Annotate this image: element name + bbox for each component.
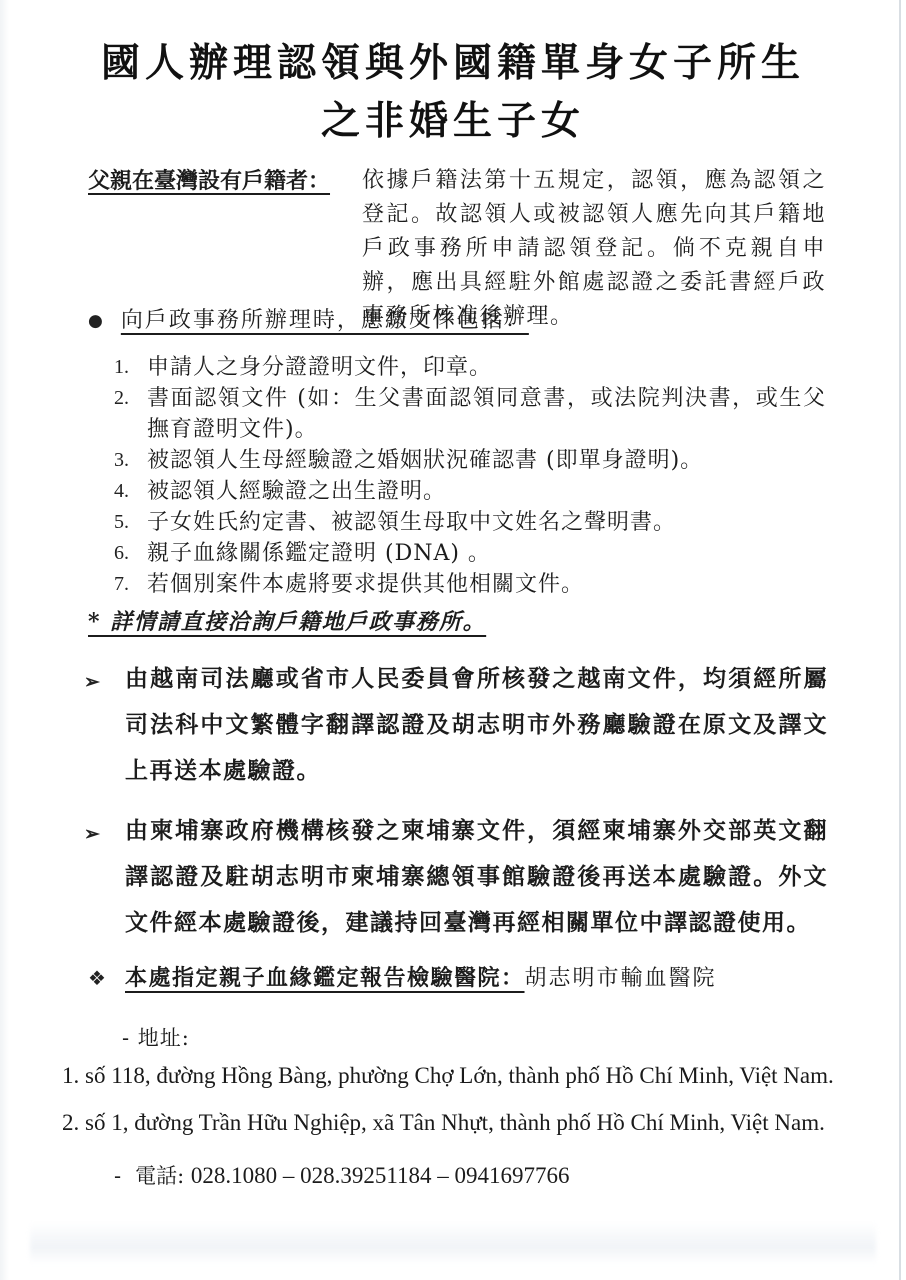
circle-bullet-icon: ● [88,306,103,336]
list-item: 3. 被認領人生母經驗證之婚姻狀況確認書 (即單身證明)。 [114,445,826,476]
list-item-text: 被認領人生母經驗證之婚姻狀況確認書 (即單身證明)。 [147,445,826,476]
list-item-number: 2. [114,383,147,445]
list-item-number: 3. [114,445,147,476]
cambodia-documents-paragraph: ➢ 由柬埔寨政府機構核發之柬埔寨文件，須經柬埔寨外交部英文翻譯認證及駐胡志明市柬… [84,808,828,946]
list-item: 2. 書面認領文件 (如：生父書面認領同意書，或法院判決書，或生父撫育證明文件)… [114,383,826,445]
list-item-text: 申請人之身分證證明文件，印章。 [147,352,826,383]
vietnam-documents-paragraph: ➢ 由越南司法廳或省市人民委員會所核發之越南文件，均須經所屬司法科中文繁體字翻譯… [84,656,828,794]
note-line: * 詳情請直接洽詢戶籍地戶政事務所。 [88,605,486,636]
list-item-text: 親子血緣關係鑑定證明 (DNA) 。 [147,538,826,569]
documents-heading: ● 向戶政事務所辦理時，應繳文件包括： [88,306,529,336]
page-title: 國人辦理認領與外國籍單身女子所生 之非婚生子女 [0,34,906,150]
list-item-number: 5. [114,507,147,538]
vietnam-documents-text: 由越南司法廳或省市人民委員會所核發之越南文件，均須經所屬司法科中文繁體字翻譯認證… [125,656,828,794]
cambodia-documents-text: 由柬埔寨政府機構核發之柬埔寨文件，須經柬埔寨外交部英文翻譯認證及駐胡志明市柬埔寨… [125,808,828,946]
documents-heading-text: 向戶政事務所辦理時，應繳文件包括： [121,306,529,336]
list-item-number: 6. [114,538,147,569]
list-item: 4. 被認領人經驗證之出生證明。 [114,476,826,507]
address-line-2: 2. số 1, đường Trần Hữu Nghiệp, xã Tân N… [62,1110,825,1136]
page-title-line1: 國人辦理認領與外國籍單身女子所生 [0,34,906,92]
arrow-bullet-icon: ➢ [84,808,125,946]
hospital-line: ❖ 本處指定親子血緣鑑定報告檢驗醫院：胡志明市輸血醫院 [88,962,717,995]
list-item-text: 書面認領文件 (如：生父書面認領同意書，或法院判決書，或生父撫育證明文件)。 [147,383,826,445]
list-item: 1. 申請人之身分證證明文件，印章。 [114,352,826,383]
page-title-line2: 之非婚生子女 [0,92,906,150]
list-item-number: 7. [114,569,147,600]
list-item: 5. 子女姓氏約定書、被認領生母取中文姓名之聲明書。 [114,507,826,538]
address-label: - 地址: [122,1022,190,1052]
phone-label: 電話: [135,1164,184,1188]
list-item-text: 子女姓氏約定書、被認領生母取中文姓名之聲明書。 [147,507,826,538]
document-page: 國人辦理認領與外國籍單身女子所生 之非婚生子女 父親在臺灣設有戶籍者： 依據戶籍… [0,0,906,1280]
phone-line: -電話: 028.1080 – 028.39251184 – 094169776… [114,1160,570,1190]
hospital-label: 本處指定親子血緣鑑定報告檢驗醫院： [125,965,525,991]
arrow-bullet-icon: ➢ [84,656,125,794]
list-item-number: 1. [114,352,147,383]
list-item-number: 4. [114,476,147,507]
diamond-bullet-icon: ❖ [88,962,125,995]
documents-list: 1. 申請人之身分證證明文件，印章。 2. 書面認領文件 (如：生父書面認領同意… [114,352,826,600]
phone-number: 028.1080 – 028.39251184 – 0941697766 [191,1163,570,1188]
list-item-text: 若個別案件本處將要求提供其他相關文件。 [147,569,826,600]
list-item-text: 被認領人經驗證之出生證明。 [147,476,826,507]
phone-dash: - [114,1164,121,1188]
list-item: 6. 親子血緣關係鑑定證明 (DNA) 。 [114,538,826,569]
scan-artifact [30,1222,876,1264]
list-item: 7. 若個別案件本處將要求提供其他相關文件。 [114,569,826,600]
hospital-name: 胡志明市輸血醫院 [525,966,717,991]
address-line-1: 1. số 118, đường Hồng Bàng, phường Chợ L… [62,1063,834,1089]
